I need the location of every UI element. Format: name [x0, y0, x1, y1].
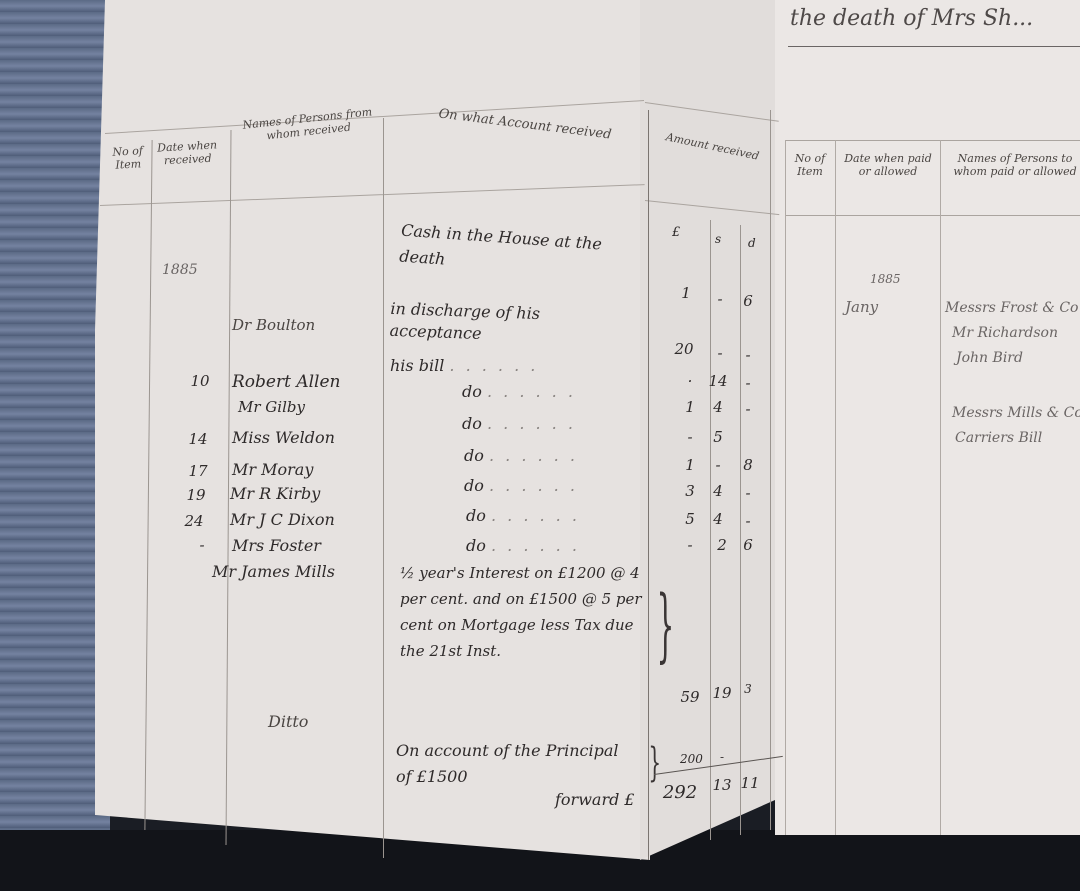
amount-pence: -	[738, 512, 758, 530]
amount-shillings: 14	[708, 372, 728, 390]
header-pounds: £	[672, 225, 680, 240]
amount-shillings: 4	[708, 398, 728, 416]
header-shillings: s	[715, 232, 721, 246]
amount-pounds: 3	[680, 482, 700, 500]
amount-pounds: 1	[680, 398, 700, 416]
col-rule	[770, 110, 771, 830]
ledger-title: the death of Mrs Sh...	[790, 6, 1033, 31]
amount-pounds: 1	[680, 456, 700, 474]
col-rule	[710, 220, 711, 840]
amount-shillings: 19	[712, 684, 732, 702]
row-name: Mr James Mills	[212, 562, 335, 581]
account-text: do	[464, 446, 484, 465]
row-account: do . . . . . .	[464, 446, 578, 465]
amount-pounds: 5	[680, 510, 700, 528]
pay-name: Messrs Frost & Co	[945, 300, 1078, 316]
amount-shillings: 4	[708, 482, 728, 500]
row-account: do . . . . . .	[462, 414, 576, 433]
amount-pence: 6	[738, 292, 758, 310]
amount-shillings: 5	[708, 428, 728, 446]
forward-shillings: 13	[712, 776, 732, 794]
header-pence: d	[748, 236, 756, 250]
row-account: do . . . . . .	[466, 536, 580, 555]
forward-pounds: 292	[660, 782, 700, 803]
amount-pence: -	[738, 374, 758, 392]
header-date-received: Date when received	[149, 138, 225, 168]
account-text: do	[466, 536, 486, 555]
row-date: 24	[184, 512, 204, 530]
row-date: 10	[190, 372, 210, 390]
row-date: 19	[186, 486, 206, 504]
col-rule	[835, 140, 836, 835]
row-name: Mr Moray	[232, 460, 313, 479]
account-text: do	[462, 414, 482, 433]
title-underline	[788, 46, 1080, 47]
forward-pence: 11	[740, 774, 760, 792]
pay-header-names: Names of Persons to whom paid or allowed	[945, 152, 1080, 178]
row-date: 17	[188, 462, 208, 480]
amount-pounds: 200	[680, 752, 700, 766]
pay-header-date: Date when paid or allowed	[838, 152, 938, 178]
brace: }	[648, 740, 661, 786]
pay-header-item-no: No of Item	[785, 152, 835, 178]
forward-label: forward £	[555, 790, 635, 809]
amount-shillings: 2	[712, 536, 732, 554]
row-name: Mr R Kirby	[230, 484, 320, 503]
brace: }	[657, 570, 675, 680]
amount-shillings: -	[710, 290, 730, 308]
row-account: do . . . . . .	[466, 506, 580, 525]
col-rule	[383, 118, 384, 858]
amount-pounds: -	[680, 536, 700, 554]
row-account: do . . . . . .	[464, 476, 578, 495]
amount-pence: 6	[738, 536, 758, 554]
amount-pounds: 59	[680, 688, 700, 706]
amount-shillings: -	[710, 344, 730, 362]
row-name: Miss Weldon	[232, 428, 335, 447]
row-account: ½ year's Interest on £1200 @ 4 per cent.…	[400, 560, 645, 664]
amount-pence: 3	[738, 682, 758, 696]
amount-shillings: 4	[708, 510, 728, 528]
pay-name: Carriers Bill	[955, 430, 1042, 446]
pay-name: Messrs Mills & Co	[952, 405, 1080, 421]
row-name: Ditto	[268, 712, 308, 731]
amount-shillings: -	[712, 750, 732, 764]
row-account: in discharge of his acceptance	[389, 298, 630, 350]
account-text: do	[462, 382, 482, 401]
header-item-no: No of Item	[107, 144, 148, 172]
amount-shillings: -	[708, 456, 728, 474]
row-name: Robert Allen	[232, 372, 341, 392]
amount-pence: -	[738, 484, 758, 502]
col-rule	[785, 140, 786, 835]
col-rule	[740, 225, 741, 835]
row-account: his bill . . . . . .	[390, 356, 538, 375]
amount-pounds: 20	[674, 340, 694, 358]
row-name: Dr Boulton	[232, 316, 315, 334]
pay-name: John Bird	[956, 350, 1023, 366]
col-rule	[940, 140, 941, 835]
row-account: do . . . . . .	[462, 382, 576, 401]
amount-pounds: -	[680, 428, 700, 446]
amount-pounds: ·	[680, 372, 700, 390]
row-date: -	[192, 536, 212, 554]
pay-year: 1885	[870, 272, 901, 286]
row-date: 14	[188, 430, 208, 448]
row-name: Mrs Foster	[232, 536, 321, 555]
amount-pence: -	[738, 400, 758, 418]
account-text: do	[466, 506, 486, 525]
amount-pence: 8	[738, 456, 758, 474]
amount-pounds: 1	[676, 284, 696, 302]
right-header-top-rule	[785, 140, 1080, 141]
year-label: 1885	[162, 262, 198, 278]
account-text: his bill	[390, 356, 444, 375]
amount-pence: -	[738, 346, 758, 364]
row-name: Mr J C Dixon	[230, 510, 335, 529]
row-name: Mr Gilby	[238, 398, 305, 416]
right-header-bottom-rule	[785, 215, 1080, 216]
window-blind-background	[0, 0, 110, 891]
pay-name: Mr Richardson	[952, 325, 1058, 341]
account-text: do	[464, 476, 484, 495]
row-account: On account of the Principal of £1500	[396, 738, 636, 790]
pay-month: Jany	[845, 298, 878, 316]
